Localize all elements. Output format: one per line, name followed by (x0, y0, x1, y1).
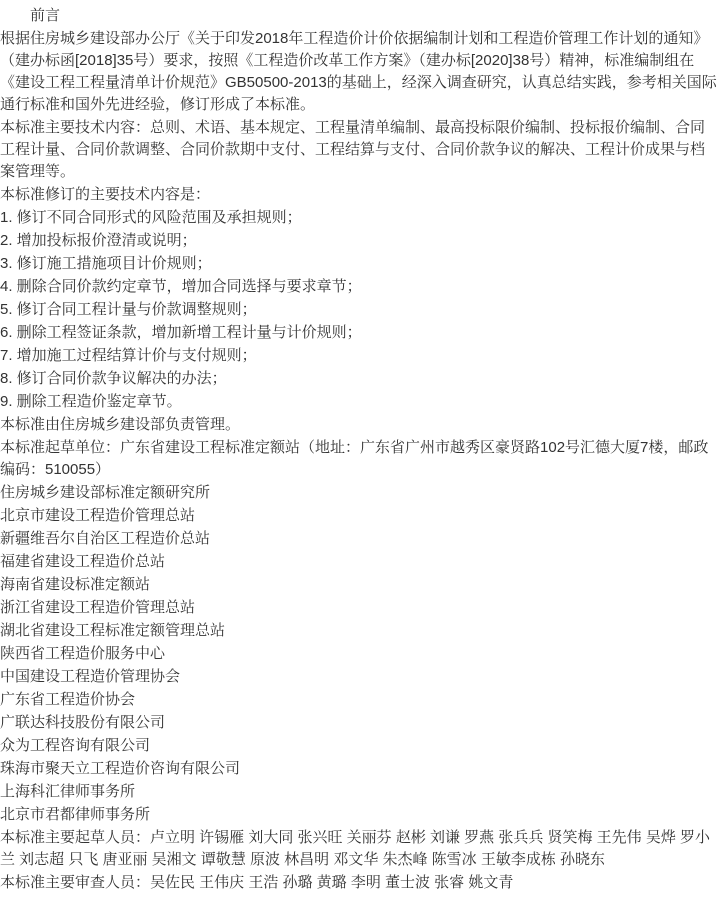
org-item-5: 海南省建设标准定额站 (0, 574, 717, 596)
org-item-12: 众为工程咨询有限公司 (0, 735, 717, 757)
revision-item-9: 9. 删除工程造价鉴定章节。 (0, 391, 717, 413)
drafting-unit-line: 本标准起草单位：广东省建设工程标准定额站（地址：广东省广州市越秀区豪贤路102号… (0, 437, 717, 481)
org-item-13: 珠海市聚天立工程造价咨询有限公司 (0, 758, 717, 780)
intro-paragraph: 根据住房城乡建设部办公厅《关于印发2018年工程造价计价依据编制计划和工程造价管… (0, 28, 717, 116)
org-item-14: 上海科汇律师事务所 (0, 781, 717, 803)
org-item-11: 广联达科技股份有限公司 (0, 712, 717, 734)
tech-content-paragraph: 本标准主要技术内容：总则、术语、基本规定、工程量清单编制、最高投标限价编制、投标… (0, 117, 717, 183)
revision-item-8: 8. 修订合同价款争议解决的办法； (0, 368, 717, 390)
revision-item-6: 6. 删除工程签证条款，增加新增工程计量与计价规则； (0, 322, 717, 344)
page-title: 前言 (0, 5, 717, 27)
revision-item-4: 4. 删除合同价款约定章节，增加合同选择与要求章节； (0, 276, 717, 298)
org-item-15: 北京市君都律师事务所 (0, 804, 717, 826)
org-item-7: 湖北省建设工程标准定额管理总站 (0, 620, 717, 642)
org-item-2: 北京市建设工程造价管理总站 (0, 505, 717, 527)
org-item-4: 福建省建设工程造价总站 (0, 551, 717, 573)
revision-item-7: 7. 增加施工过程结算计价与支付规则； (0, 345, 717, 367)
revision-intro-line: 本标准修订的主要技术内容是： (0, 184, 717, 206)
revision-item-5: 5. 修订合同工程计量与价款调整规则； (0, 299, 717, 321)
preface-document: 前言 根据住房城乡建设部办公厅《关于印发2018年工程造价计价依据编制计划和工程… (0, 5, 717, 894)
org-item-1: 住房城乡建设部标准定额研究所 (0, 482, 717, 504)
org-item-9: 中国建设工程造价管理协会 (0, 666, 717, 688)
revision-item-3: 3. 修订施工措施项目计价规则； (0, 253, 717, 275)
org-item-3: 新疆维吾尔自治区工程造价总站 (0, 528, 717, 550)
revision-item-2: 2. 增加投标报价澄清或说明； (0, 230, 717, 252)
management-line: 本标准由住房城乡建设部负责管理。 (0, 414, 717, 436)
org-item-6: 浙江省建设工程造价管理总站 (0, 597, 717, 619)
reviewers-line: 本标准主要审查人员：吴佐民 王伟庆 王浩 孙璐 黄璐 李明 董士波 张睿 姚文青 (0, 872, 717, 894)
org-item-8: 陕西省工程造价服务中心 (0, 643, 717, 665)
drafters-line: 本标准主要起草人员：卢立明 许锡雁 刘大同 张兴旺 关丽芬 赵彬 刘谦 罗燕 张… (0, 827, 717, 871)
revision-item-1: 1. 修订不同合同形式的风险范围及承担规则； (0, 207, 717, 229)
org-item-10: 广东省工程造价协会 (0, 689, 717, 711)
